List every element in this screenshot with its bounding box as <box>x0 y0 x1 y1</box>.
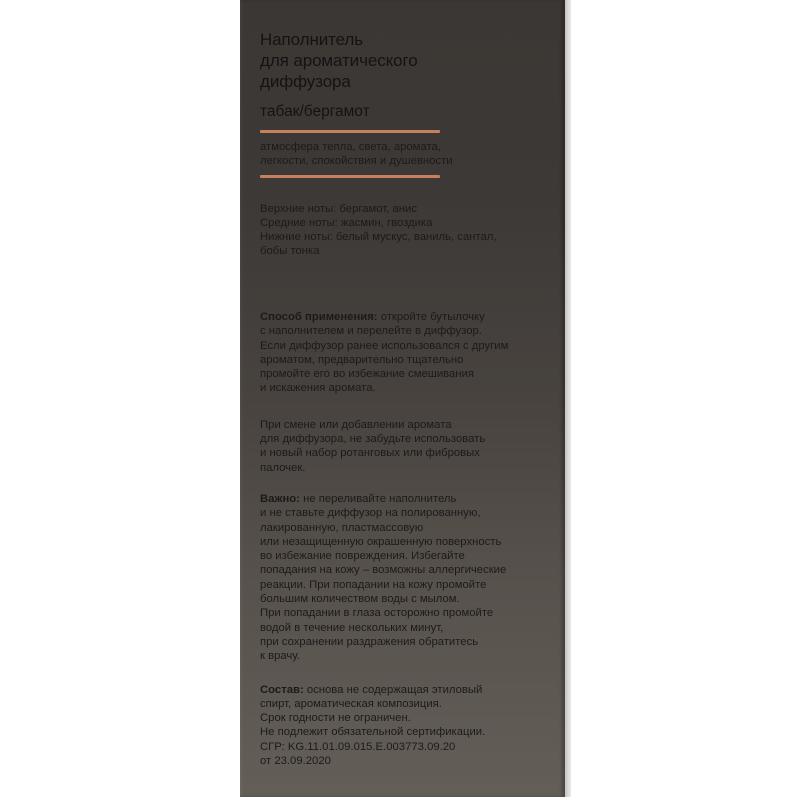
certification-note: Не подлежит обязательной сертификации. <box>260 725 550 739</box>
important-line: водой в течение нескольких минут, <box>260 621 550 635</box>
registration-date: от 23.09.2020 <box>260 754 550 768</box>
important-first-line: Важно: не переливайте наполнитель <box>260 492 550 506</box>
important-warning: Важно: не переливайте наполнитель и не с… <box>260 492 550 664</box>
important-line: и не ставьте диффузор на полированную, <box>260 506 550 520</box>
important-line: реакции. При попадании на кожу промойте <box>260 578 550 592</box>
fragrance-notes: Верхние ноты: бергамот, анис Средние нот… <box>260 202 550 258</box>
usage-line: и искажения аромата. <box>260 381 550 395</box>
product-package-side: Наполнитель для ароматического диффузора… <box>240 0 565 797</box>
important-line: большим количеством воды с мылом. <box>260 592 550 606</box>
usage-label: Способ применения: <box>260 311 378 323</box>
composition-first-line: Состав: основа не содержащая этиловый <box>260 683 550 697</box>
important-line: лакированную, пластмассовую <box>260 521 550 535</box>
tagline-line: легкости, спокойствия и душевности <box>260 154 550 168</box>
composition-info: Состав: основа не содержащая этиловый сп… <box>260 683 550 769</box>
change-line: При смене или добавлении аромата <box>260 418 550 432</box>
accent-divider-bottom <box>260 175 440 178</box>
tagline-line: атмосфера тепла, света, аромата, <box>260 140 550 154</box>
base-notes-continued: бобы тонка <box>260 244 550 258</box>
composition-label: Состав: <box>260 684 304 696</box>
usage-line: Если диффузор ранее использовался с друг… <box>260 339 550 353</box>
important-line: При попадании в глаза осторожно промойте <box>260 606 550 620</box>
top-notes: Верхние ноты: бергамот, анис <box>260 202 550 216</box>
product-title: Наполнитель для ароматического диффузора <box>260 29 550 92</box>
package-text-panel: Наполнитель для ароматического диффузора… <box>260 29 550 768</box>
important-text: не переливайте наполнитель <box>300 493 456 505</box>
important-label: Важно: <box>260 493 300 505</box>
usage-text: откройте бутылочку <box>378 311 485 323</box>
fragrance-variant: табак/бергамот <box>260 103 550 121</box>
accent-divider-top <box>260 130 440 133</box>
usage-instructions: Способ применения: откройте бутылочку с … <box>260 310 550 396</box>
usage-line: промойте его во избежание смешивания <box>260 367 550 381</box>
usage-line: с наполнителем и перелейте в диффузор. <box>260 324 550 338</box>
composition-line: спирт, ароматическая композиция. <box>260 697 550 711</box>
base-notes: Нижние ноты: белый мускус, ваниль, санта… <box>260 230 550 244</box>
important-line: или незащищенную окрашенную поверхность <box>260 535 550 549</box>
important-line: во избежание повреждения. Избегайте <box>260 549 550 563</box>
title-line: Наполнитель <box>260 29 550 50</box>
change-line: и новый набор ротанговых или фибровых <box>260 446 550 460</box>
important-line: к врачу. <box>260 649 550 663</box>
usage-first-line: Способ применения: откройте бутылочку <box>260 310 550 324</box>
usage-line: ароматом, предварительно тщательно <box>260 353 550 367</box>
product-tagline: атмосфера тепла, света, аромата, легкост… <box>260 140 550 168</box>
important-line: при сохранении раздражения обратитесь <box>260 635 550 649</box>
stick-replacement-note: При смене или добавлении аромата для диф… <box>260 418 550 475</box>
composition-text: основа не содержащая этиловый <box>304 684 483 696</box>
registration-number: СГР: KG.11.01.09.015.E.003773.09.20 <box>260 740 550 754</box>
shelf-life: Срок годности не ограничен. <box>260 711 550 725</box>
title-line: для ароматического <box>260 50 550 71</box>
change-line: для диффузора, не забудьте использовать <box>260 432 550 446</box>
important-line: попадания на кожу – возможны аллергическ… <box>260 563 550 577</box>
title-line: диффузора <box>260 71 550 92</box>
change-line: палочек. <box>260 461 550 475</box>
middle-notes: Средние ноты: жасмин, гвоздика <box>260 216 550 230</box>
